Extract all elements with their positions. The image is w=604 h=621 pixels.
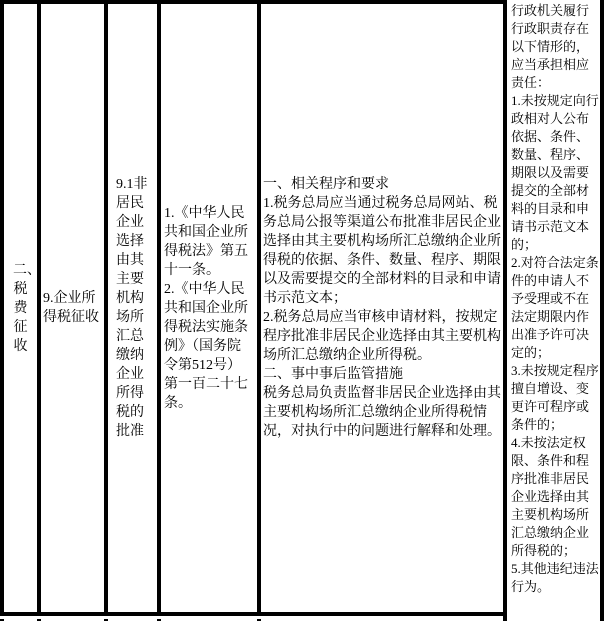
grid-line-v-col2 bbox=[104, 0, 108, 616]
grid-line-top bbox=[0, 0, 507, 4]
tax-category-text: 二、税费征收 bbox=[4, 261, 37, 356]
grid-line-v-col4 bbox=[257, 0, 261, 616]
cell-tax-sub-item: 9.1非居民企业选择由其主要机构场所汇总缴纳企业所得税的批准 bbox=[108, 4, 157, 612]
grid-line-v-left-edge bbox=[0, 0, 4, 616]
cell-tax-item: 9.企业所得税征收 bbox=[41, 4, 104, 612]
grid-line-v-col3 bbox=[157, 0, 161, 616]
cell-procedures-requirements: 一、相关程序和要求 1.税务总局应当通过税务总局网站、税务总局公报等渠道公布批准… bbox=[261, 4, 503, 612]
cell-tax-category: 二、税费征收 bbox=[4, 4, 37, 612]
grid-line-bottom bbox=[0, 612, 507, 616]
cell-responsibility: 行政机关履行行政职责存在以下情形的，应当承担相应责任： 1.未按规定向行政相对人… bbox=[507, 0, 600, 621]
tax-administration-table: 二、税费征收 9.企业所得税征收 9.1非居民企业选择由其主要机构场所汇总缴纳企… bbox=[0, 0, 604, 621]
legal-basis-text: 1.《中华人民共和国企业所得税法》第五十一条。 2.《中华人民共和国企业所得税法… bbox=[161, 204, 257, 413]
grid-line-v-right-edge bbox=[600, 0, 604, 621]
cell-legal-basis: 1.《中华人民共和国企业所得税法》第五十一条。 2.《中华人民共和国企业所得税法… bbox=[161, 4, 257, 612]
procedures-requirements-text: 一、相关程序和要求 1.税务总局应当通过税务总局网站、税务总局公报等渠道公布批准… bbox=[261, 175, 503, 441]
grid-line-v-col5 bbox=[503, 0, 507, 621]
tax-item-text: 9.企业所得税征收 bbox=[41, 289, 104, 327]
responsibility-text: 行政机关履行行政职责存在以下情形的，应当承担相应责任： 1.未按规定向行政相对人… bbox=[507, 0, 600, 596]
grid-line-v-col1 bbox=[37, 0, 41, 616]
tax-sub-item-text: 9.1非居民企业选择由其主要机构场所汇总缴纳企业所得税的批准 bbox=[108, 175, 157, 441]
